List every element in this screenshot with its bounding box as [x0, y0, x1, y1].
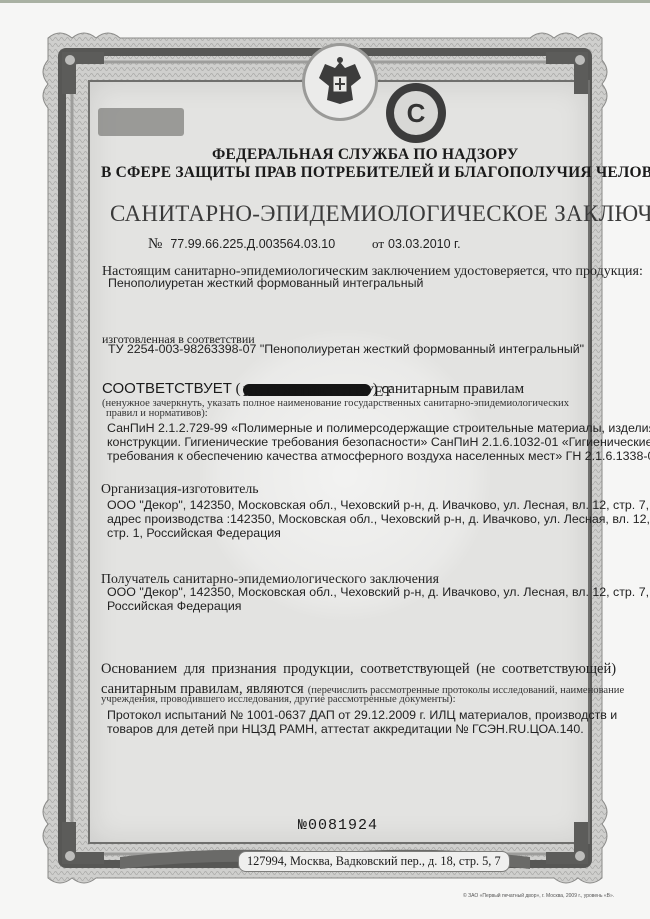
manufactured-value: ТУ 2254-003-98263398-07 "Пенополиуретан …: [108, 342, 584, 356]
basis-line: товаров для детей при НЦЗД РАМН, аттеста…: [107, 722, 584, 736]
microprint-pattern: [98, 108, 184, 136]
agency-name-line1: ФЕДЕРАЛЬНАЯ СЛУЖБА ПО НАДЗОРУ: [212, 146, 518, 164]
basis-note-line2: учреждения, проводившего исследования, д…: [101, 694, 456, 705]
norm-line: СанПиН 2.1.2.729-99 «Полимерные и полиме…: [107, 421, 650, 435]
coat-of-arms-icon: [302, 43, 378, 121]
certificate-page: С ФЕДЕРАЛЬНАЯ СЛУЖБА ПО НАДЗОРУ В СФЕРЕ …: [0, 0, 650, 919]
document-number: 77.99.66.225.Д.003564.03.10: [170, 237, 335, 251]
struck-out-text: НЕ СООТВЕТСТВУЕТ: [243, 384, 371, 396]
recipient-line: ООО "Декор", 142350, Московская обл., Че…: [107, 585, 649, 599]
manufacturer-line: ООО "Декор", 142350, Московская обл., Че…: [107, 498, 649, 512]
corner-ornament-icon: [60, 820, 106, 866]
corner-ornament-icon: [60, 50, 106, 96]
seal-glyph: С: [394, 91, 438, 135]
basis-label-line1: Основанием для признания продукции, соот…: [101, 661, 616, 678]
number-label: №: [148, 236, 162, 252]
basis-line: Протокол испытаний № 1001-0637 ДАП от 29…: [107, 708, 617, 722]
open-paren: (: [236, 381, 241, 397]
certification-mark-icon: С: [386, 83, 446, 143]
conformity-note-line2: правил и нормативов):: [106, 408, 208, 419]
corner-ornament-icon: [544, 820, 590, 866]
manufacturer-label: Организация-изготовитель: [101, 481, 259, 497]
recipient-line: Российская Федерация: [107, 599, 241, 613]
document-date: 03.03.2010 г.: [388, 237, 461, 251]
printer-credit: © ЗАО «Первый печатный двор», г. Москва,…: [463, 893, 614, 899]
norm-line: конструкции. Гигиенические требования бе…: [107, 435, 650, 449]
corner-ornament-icon: [544, 50, 590, 96]
norm-line: требования к обеспечению качества атмосф…: [107, 449, 650, 463]
printer-address: 127994, Москва, Вадковский пер., д. 18, …: [238, 851, 510, 872]
agency-name-line2: В СФЕРЕ ЗАЩИТЫ ПРАВ ПОТРЕБИТЕЛЕЙ И БЛАГО…: [101, 164, 650, 182]
document-number-row: № 77.99.66.225.Д.003564.03.10: [148, 235, 335, 253]
conformity-status: СООТВЕТСТВУЕТ: [102, 380, 232, 397]
form-serial-number: №0081924: [298, 817, 378, 834]
product-value: Пенополиуретан жесткий формованный интег…: [108, 276, 423, 290]
manufacturer-line: адрес производства :142350, Московская о…: [107, 512, 650, 526]
date-label: от: [372, 236, 384, 251]
document-date-row: от 03.03.2010 г.: [372, 235, 461, 253]
conformity-row: СООТВЕТСТВУЕТ (НЕ СООТВЕТСТВУЕТ) санитар…: [102, 380, 524, 398]
manufacturer-line: стр. 1, Российская Федерация: [107, 526, 281, 540]
document-title: САНИТАРНО-ЭПИДЕМИОЛОГИЧЕСКОЕ ЗАКЛЮЧЕНИЕ: [110, 201, 650, 227]
conformity-suffix: ) санитарным правилам: [373, 381, 524, 397]
